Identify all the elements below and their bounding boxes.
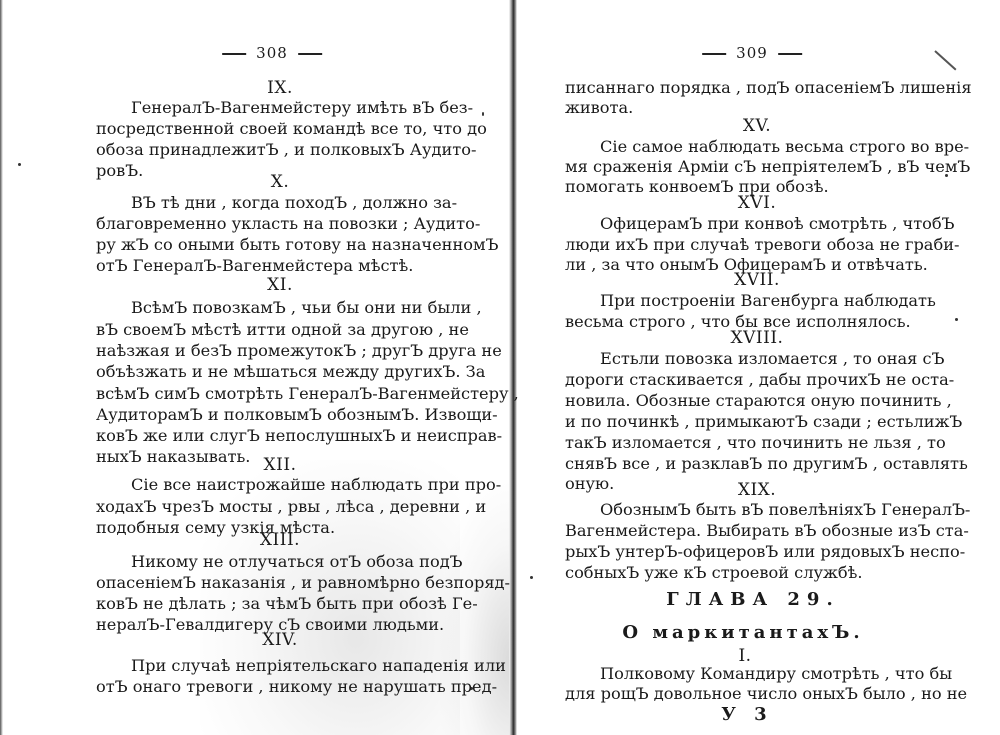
text-line: При построеніи Вагенбурга наблюдать: [600, 291, 931, 311]
text-line: отЪ ГенералЪ-Вагенмейстера мѣстѣ.: [96, 256, 455, 276]
section-numeral: I.: [738, 646, 751, 666]
text-line: всѣмЪ симЪ смотрѣть ГенералЪ-Вагенмейсте…: [96, 384, 455, 404]
chapter-title: ГЛАВА 29.: [666, 589, 839, 610]
book-gutter: [509, 0, 517, 735]
left-page: 308 IX. ГенералЪ-Вагенмейстеру имѣть вЪ …: [0, 0, 509, 735]
text-line: посредственной своей командѣ все то, что…: [96, 119, 455, 139]
text-line: АудиторамЪ и полковымЪ обознымЪ. Извощи-: [96, 405, 455, 425]
text-line: ходахЪ чрезЪ мосты , рвы , лѣса , деревн…: [96, 497, 455, 517]
section-numeral: XIII.: [260, 530, 300, 550]
right-page: 309 писаннаго порядка , подЪ опасеніемЪ …: [517, 0, 1000, 735]
folio-dash: [778, 53, 802, 55]
chapter-subtitle: О маркитантахЪ.: [622, 622, 863, 643]
text-line: дороги стаскивается , дабы прочихЪ не ос…: [565, 370, 931, 390]
text-line: опасеніемЪ наказанія , и равномѣрно безп…: [96, 573, 455, 593]
text-line: Естьли повозка изломается , то оная сЪ: [600, 349, 931, 369]
text-line: При случаѣ непріятельскаго нападенія или: [131, 656, 455, 676]
text-line: обоза принадлежитЪ , и полковыхЪ Аудито-: [96, 140, 455, 160]
folio-dash: [298, 53, 322, 55]
text-line: ковЪ же или слугЪ непослушныхЪ и неиспра…: [96, 426, 455, 446]
text-line: ОфицерамЪ при конвоѣ смотрѣть , чтобЪ: [600, 214, 931, 234]
text-line: такЪ изломается , что починить не льзя ,…: [565, 433, 931, 453]
text-line: Вагенмейстера. Выбирать вЪ обозные изЪ с…: [565, 521, 931, 541]
section-numeral: XIX.: [738, 480, 776, 500]
text-line: благовременно укласть на повозки ; Аудит…: [96, 214, 455, 234]
text-line: и по починкѣ , примыкаютЪ сзади ; естьли…: [565, 412, 931, 432]
text-line: ВсѣмЪ повозкамЪ , чьи бы они ни были ,: [131, 298, 455, 318]
text-line: ру жЪ со оными быть готову на назначенно…: [96, 235, 455, 255]
folio-dash: [702, 53, 726, 55]
section-numeral: XV.: [743, 116, 771, 136]
text-line: живота.: [565, 98, 931, 118]
text-line: ВЪ тѣ дни , когда походЪ , должно за-: [131, 193, 455, 213]
text-line: Сіе самое наблюдать весьма строго во вре…: [600, 137, 931, 157]
section-numeral: XI.: [267, 275, 293, 295]
text-line: ОбознымЪ быть вЪ повелѣніяхЪ ГенералЪ-: [600, 500, 931, 520]
section-numeral: IX.: [267, 78, 293, 98]
text-line: наѣзжая и безЪ промежутокЪ ; другЪ друга…: [96, 341, 455, 361]
text-line: Полковому Командиру смотрѣть , что бы: [600, 664, 931, 684]
signature-mark: У 3: [721, 704, 772, 725]
page-number-text: 309: [736, 44, 768, 62]
section-numeral: XVI.: [738, 193, 777, 213]
text-line: Сіе все наистрожайше наблюдать при про-: [131, 475, 455, 495]
text-line: объѣзжать и не мѣшаться между другихЪ. З…: [96, 362, 455, 382]
text-line: ГенералЪ-Вагенмейстеру имѣть вЪ без-: [131, 98, 455, 118]
text-line: мя сраженія Арміи сЪ непріятелемЪ , вЪ ч…: [565, 157, 931, 177]
page-number: 308: [212, 44, 332, 62]
section-numeral: XII.: [264, 455, 297, 475]
section-numeral: XVII.: [734, 270, 780, 290]
text-line: Никому не отлучаться отЪ обоза подЪ: [131, 552, 455, 572]
text-line: вЪ своемЪ мѣстѣ итти одной за другою , н…: [96, 320, 455, 340]
folio-dash: [222, 53, 246, 55]
section-numeral: XIV.: [262, 630, 298, 650]
text-line: снявЪ все , и разклавЪ по другимЪ , оста…: [565, 454, 931, 474]
text-line: для рощЪ довольное число оныхЪ было , но…: [565, 684, 931, 704]
text-line: отЪ онаго тревоги , никому не нарушать п…: [96, 677, 455, 697]
text-line: рыхЪ унтерЪ-офицеровЪ или рядовыхЪ неспо…: [565, 542, 931, 562]
text-line: ковЪ не дѣлать ; за чѣмЪ быть при обозѣ …: [96, 594, 455, 614]
section-numeral: XVIII.: [731, 328, 784, 348]
text-line: собныхЪ уже кЪ строевой службѣ.: [565, 563, 931, 583]
text-line: новила. Обозные стараются оную починить …: [565, 391, 931, 411]
text-line: писаннаго порядка , подЪ опасеніемЪ лише…: [565, 78, 931, 98]
book-spread: 308 IX. ГенералЪ-Вагенмейстеру имѣть вЪ …: [0, 0, 1000, 735]
text-line: люди ихЪ при случаѣ тревоги обоза не гра…: [565, 235, 931, 255]
page-number: 309: [692, 44, 812, 62]
section-numeral: X.: [271, 172, 290, 192]
page-number-text: 308: [256, 44, 288, 62]
